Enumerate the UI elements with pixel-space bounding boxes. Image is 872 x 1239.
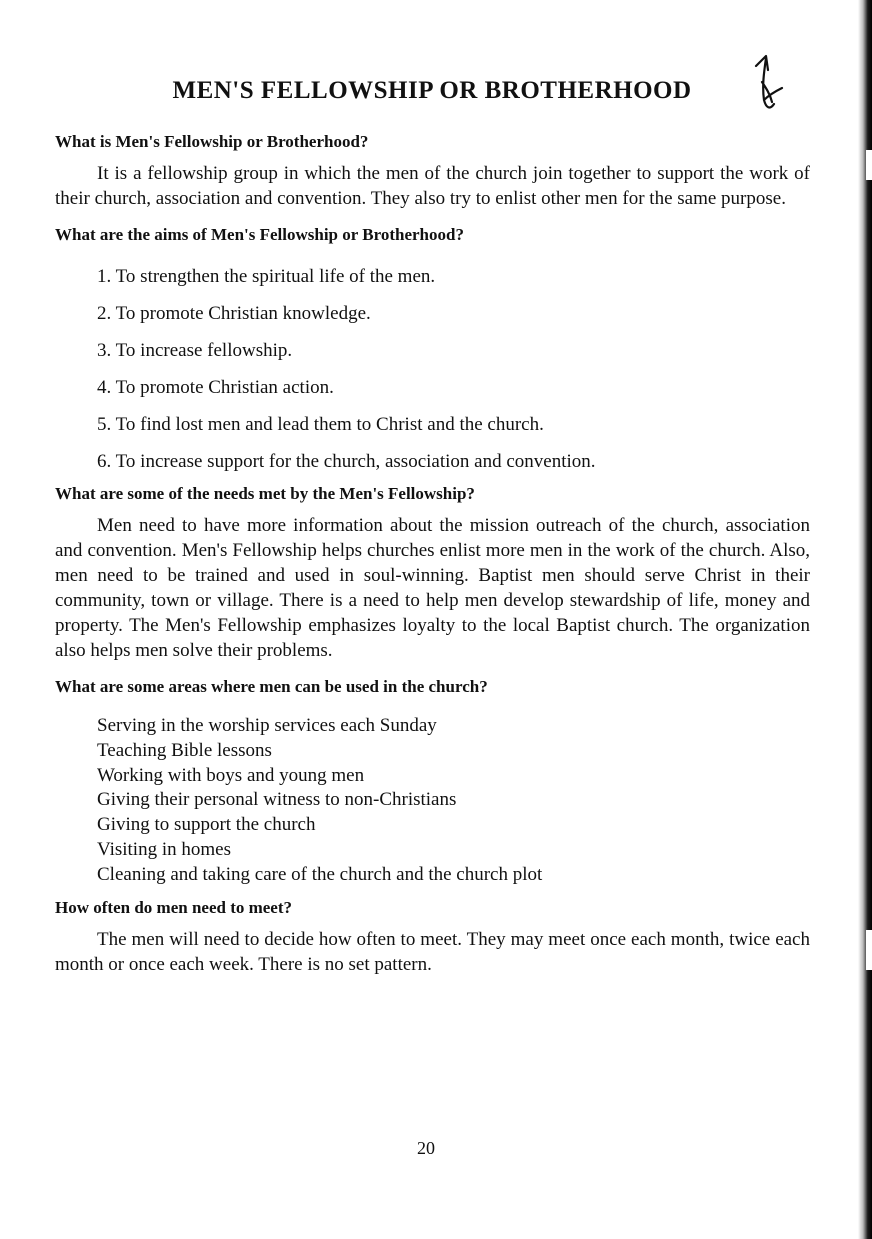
section-paragraph: Men need to have more information about … [55, 513, 810, 663]
list-item: Visiting in homes [97, 838, 810, 863]
page-title: MEN'S FELLOWSHIP OR BROTHERHOOD [0, 77, 868, 105]
list-item: 3. To increase fellowship. [97, 332, 810, 369]
edge-gap [866, 930, 872, 970]
section-needs: What are some of the needs met by the Me… [55, 480, 810, 663]
section-question: What is Men's Fellowship or Brotherhood? [55, 128, 810, 165]
document-body: What is Men's Fellowship or Brotherhood?… [55, 128, 810, 987]
list-item: Working with boys and young men [97, 764, 810, 789]
scanned-page-edge [858, 0, 872, 1239]
list-item: 6. To increase support for the church, a… [97, 443, 810, 480]
section-meeting-frequency: How often do men need to meet? The men w… [55, 894, 810, 977]
list-item: Giving to support the church [97, 813, 810, 838]
section-areas: What are some areas where men can be use… [55, 673, 810, 888]
list-item: 1. To strengthen the spiritual life of t… [97, 258, 810, 295]
areas-list: Serving in the worship services each Sun… [55, 714, 810, 888]
list-item: Cleaning and taking care of the church a… [97, 863, 810, 888]
handwritten-arrow-icon [742, 52, 790, 114]
list-item: Giving their personal witness to non-Chr… [97, 788, 810, 813]
list-item: 2. To promote Christian knowledge. [97, 295, 810, 332]
section-question: How often do men need to meet? [55, 894, 810, 931]
list-item: 4. To promote Christian action. [97, 369, 810, 406]
section-question: What are the aims of Men's Fellowship or… [55, 221, 810, 258]
section-paragraph: It is a fellowship group in which the me… [55, 161, 810, 211]
section-paragraph: The men will need to decide how often to… [55, 927, 810, 977]
page-number: 20 [0, 1138, 862, 1159]
list-item: 5. To find lost men and lead them to Chr… [97, 406, 810, 443]
list-item: Teaching Bible lessons [97, 739, 810, 764]
section-aims: What are the aims of Men's Fellowship or… [55, 221, 810, 480]
section-question: What are some areas where men can be use… [55, 673, 810, 710]
section-what-is: What is Men's Fellowship or Brotherhood?… [55, 128, 810, 211]
list-item: Serving in the worship services each Sun… [97, 714, 810, 739]
section-question: What are some of the needs met by the Me… [55, 480, 810, 517]
aims-list: 1. To strengthen the spiritual life of t… [55, 258, 810, 480]
edge-gap [866, 150, 872, 180]
